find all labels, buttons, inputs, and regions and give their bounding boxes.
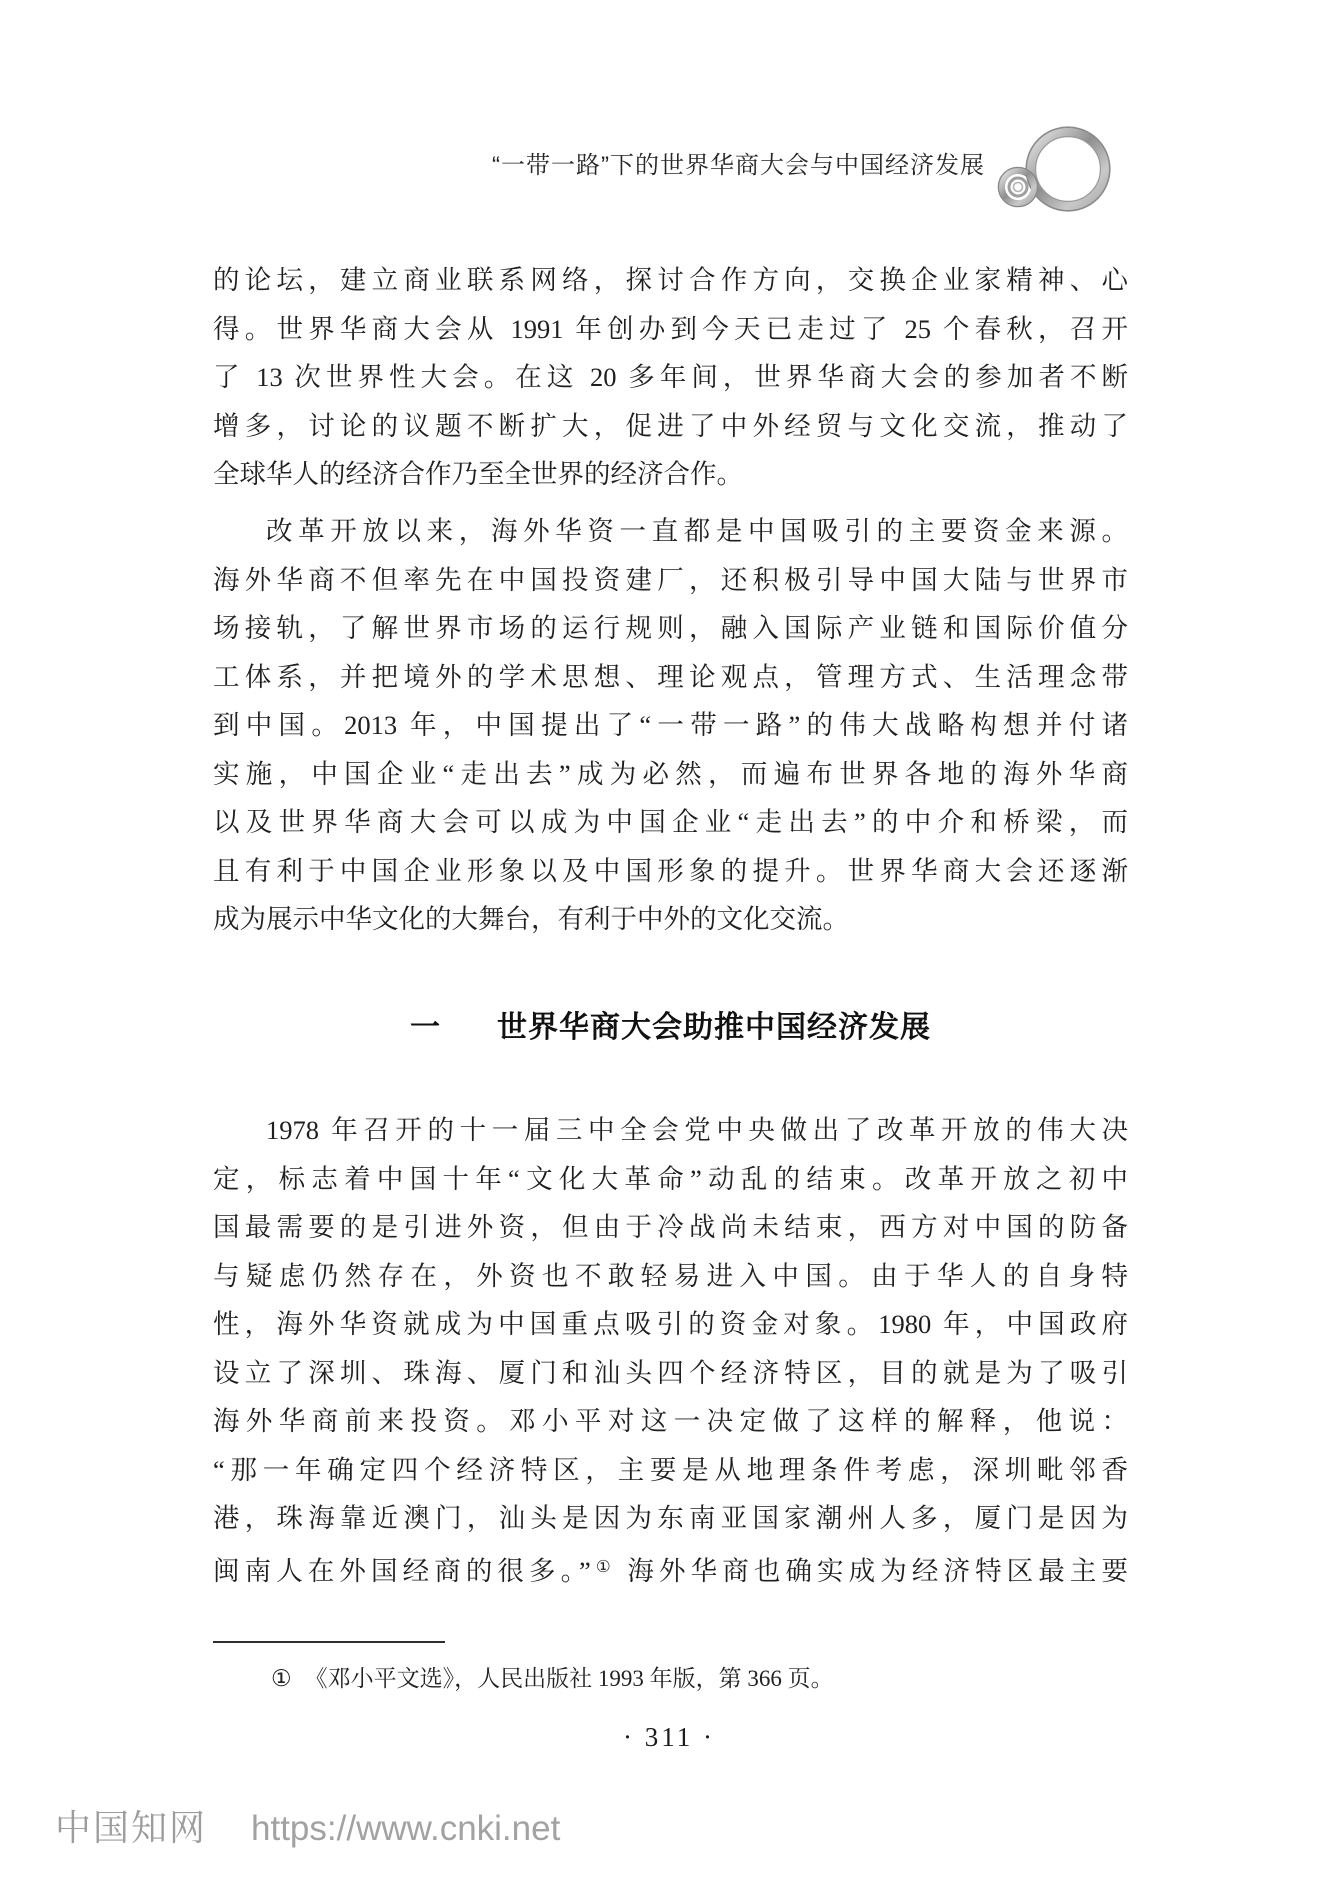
- body-text-line: 闽南人在外国经商的很多。”① 海外华商也确实成为经济特区最主要: [213, 1543, 1128, 1592]
- body-text-line: 增多，讨论的议题不断扩大，促进了中外经贸与文化交流，推动了: [213, 402, 1128, 451]
- body-text-line: 工体系，并把境外的学术思想、理论观点，管理方式、生活理念带: [213, 653, 1128, 702]
- footnote-text: 《邓小平文选》，人民出版社 1993 年版，第 366 页。: [305, 1666, 834, 1691]
- site-footer: 中国知网 https://www.cnki.net: [55, 1800, 560, 1851]
- body-text-line: 的论坛，建立商业联系网络，探讨合作方向，交换企业家精神、心: [213, 256, 1128, 305]
- body-text-line: 实施，中国企业“走出去”成为必然，而遍布世界各地的海外华商: [213, 750, 1128, 799]
- body-text-line: “那一年确定四个经济特区，主要是从地理条件考虑，深圳毗邻香: [213, 1446, 1128, 1495]
- page-number: · 311 ·: [0, 1722, 1338, 1753]
- cnki-url-text: https://www.cnki.net: [251, 1809, 560, 1849]
- paragraph-1978-reform: 1978 年召开的十一届三中全会党中央做出了改革开放的伟大决定，标志着中国十年“…: [213, 1106, 1128, 1591]
- body-text-line: 海外华商前来投资。邓小平对这一决定做了这样的解释，他说：: [213, 1397, 1128, 1446]
- body-text-line: 以及世界华商大会可以成为中国企业“走出去”的中介和桥梁，而: [213, 798, 1128, 847]
- footnote-marker: ①: [271, 1666, 292, 1691]
- section-heading: 一 世界华商大会助推中国经济发展: [213, 1002, 1128, 1046]
- footnote: ①《邓小平文选》，人民出版社 1993 年版，第 366 页。: [213, 1662, 1186, 1696]
- body-text-line: 设立了深圳、珠海、厦门和汕头四个经济特区，目的就是为了吸引: [213, 1349, 1128, 1398]
- section-title: 世界华商大会助推中国经济发展: [497, 1002, 931, 1046]
- paragraph-continuation: 的论坛，建立商业联系网络，探讨合作方向，交换企业家精神、心得。世界华商大会从 1…: [213, 256, 1128, 499]
- body-text-line: 性，海外华资就成为中国重点吸引的资金对象。1980 年，中国政府: [213, 1300, 1128, 1349]
- body-text-line: 改革开放以来，海外华资一直都是中国吸引的主要资金来源。: [213, 507, 1128, 556]
- footnote-ref-superscript: ①: [591, 1557, 616, 1576]
- footnote-divider: [213, 1641, 445, 1643]
- running-header-title: “一带一路”下的世界华商大会与中国经济发展: [0, 150, 985, 182]
- body-text-line: 了 13 次世界性大会。在这 20 多年间，世界华商大会的参加者不断: [213, 353, 1128, 402]
- body-text-line: 海外华商不但率先在中国投资建厂，还积极引导中国大陆与世界市: [213, 556, 1128, 605]
- section-number: 一: [410, 1002, 441, 1046]
- body-text-line: 定，标志着中国十年“文化大革命”动乱的结束。改革开放之初中: [213, 1155, 1128, 1204]
- body-text-line: 与疑虑仍然存在，外资也不敢轻易进入中国。由于华人的自身特: [213, 1252, 1128, 1301]
- body-text-line: 1978 年召开的十一届三中全会党中央做出了改革开放的伟大决: [213, 1106, 1128, 1155]
- rings-logo-icon: [993, 121, 1118, 221]
- body-text-line: 且有利于中国企业形象以及中国形象的提升。世界华商大会还逐渐: [213, 847, 1128, 896]
- document-page: “一带一路”下的世界华商大会与中国经济发展 的论坛，建立商业联系网络，探讨合作方…: [0, 0, 1338, 1890]
- body-text-line: 得。世界华商大会从 1991 年创办到今天已走过了 25 个春秋，召开: [213, 305, 1128, 354]
- body-text-line: 全球华人的经济合作乃至全世界的经济合作。: [213, 450, 1128, 499]
- body-text-line: 成为展示中华文化的大舞台，有利于中外的文化交流。: [213, 895, 1128, 944]
- body-text-line: 到中国。2013 年，中国提出了“一带一路”的伟大战略构想并付诸: [213, 701, 1128, 750]
- body-text-line: 场接轨，了解世界市场的运行规则，融入国际产业链和国际价值分: [213, 604, 1128, 653]
- body-text-line: 港，珠海靠近澳门，汕头是因为东南亚国家潮州人多，厦门是因为: [213, 1494, 1128, 1543]
- body-text-line: 国最需要的是引进外资，但由于冷战尚未结束，西方对中国的防备: [213, 1203, 1128, 1252]
- paragraph-reform-opening: 改革开放以来，海外华资一直都是中国吸引的主要资金来源。海外华商不但率先在中国投资…: [213, 507, 1128, 944]
- cnki-brand-label: 中国知网: [55, 1800, 207, 1851]
